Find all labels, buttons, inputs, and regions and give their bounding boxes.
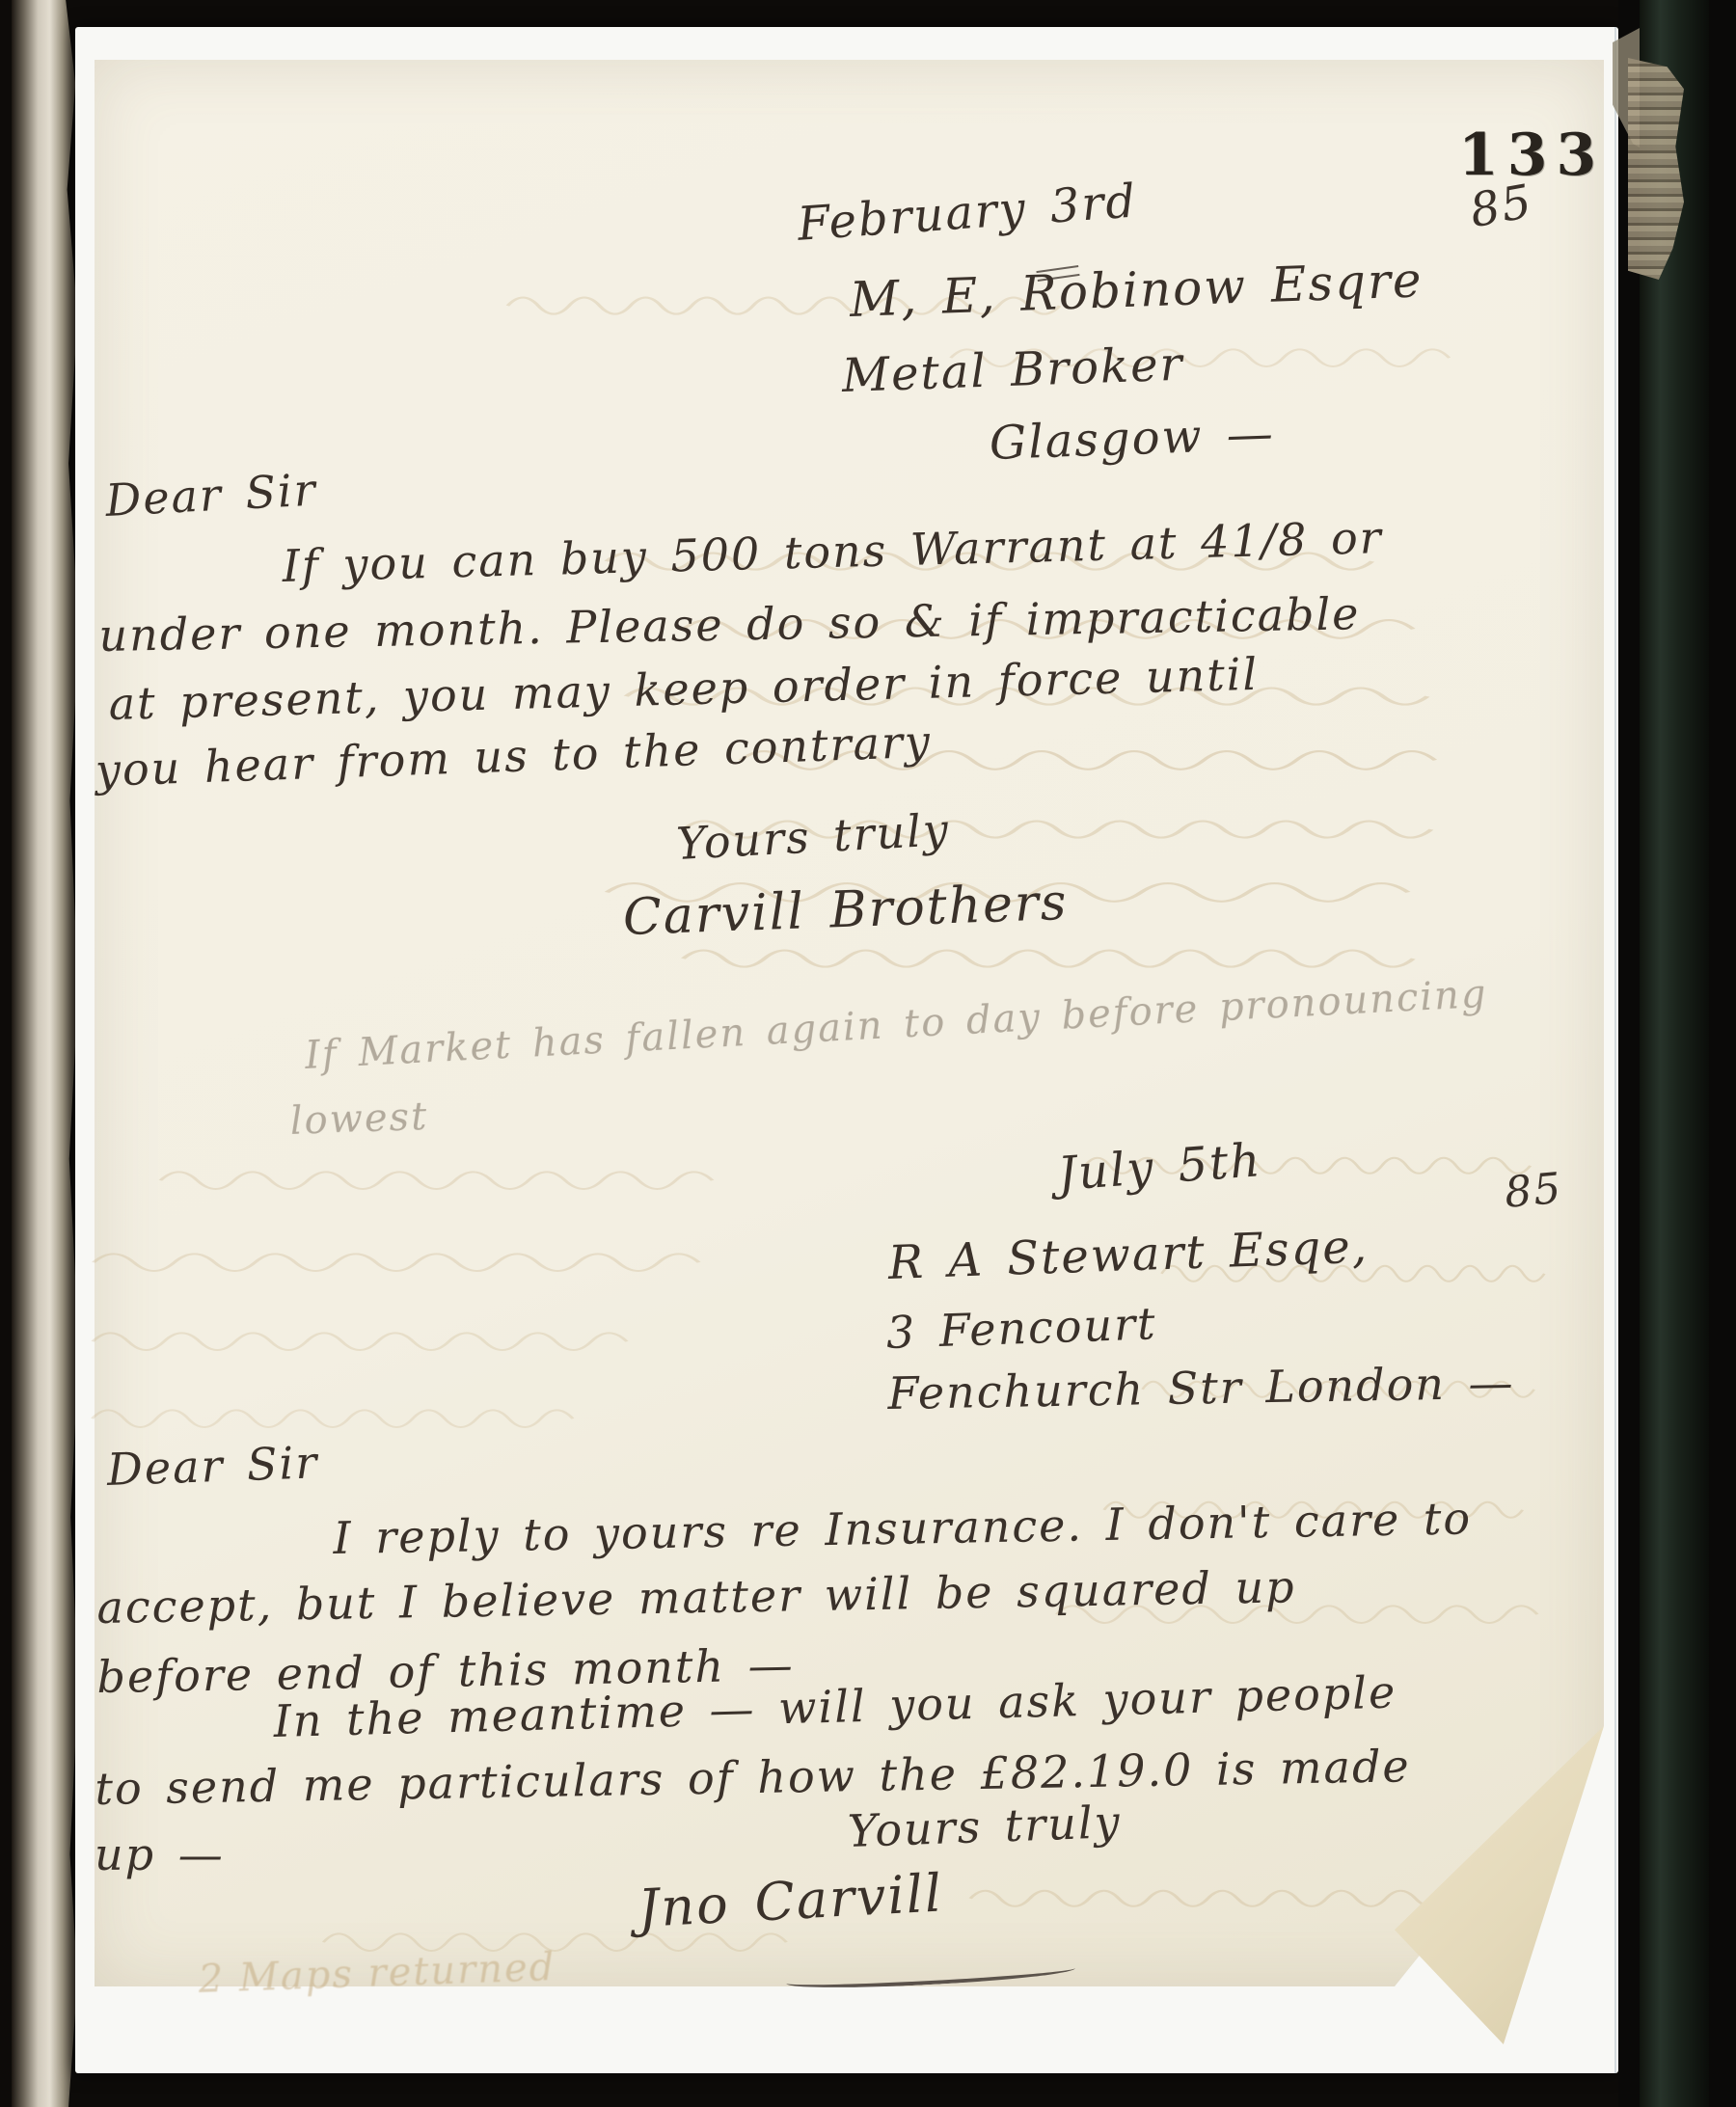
letter2-closing: Yours truly <box>847 1796 1122 1857</box>
left-page-edges <box>12 0 81 2107</box>
backing-page-edge <box>1614 27 1616 2073</box>
pencil-note-line-2: lowest <box>289 1094 429 1144</box>
letter1-recipient-city: Glasgow — <box>989 407 1276 471</box>
binding-cloth <box>1640 0 1709 2107</box>
letter2-address-line-2: Fenchurch Str London — <box>887 1357 1515 1419</box>
page-number-stamp: 133 <box>1458 122 1605 189</box>
letter2-date-year: 85 <box>1503 1164 1564 1218</box>
letter1-salutation: Dear Sir <box>104 464 318 527</box>
letter2-salutation: Dear Sir <box>106 1436 319 1496</box>
letter2-body2-line-3: up — <box>95 1828 225 1880</box>
letter2-address-line-1: 3 Fencourt <box>885 1297 1157 1359</box>
letterbook-scan: 133 85 February 3rd M, E, Robinow Esqre … <box>0 0 1736 2107</box>
year-annotation: 85 <box>1466 175 1537 238</box>
